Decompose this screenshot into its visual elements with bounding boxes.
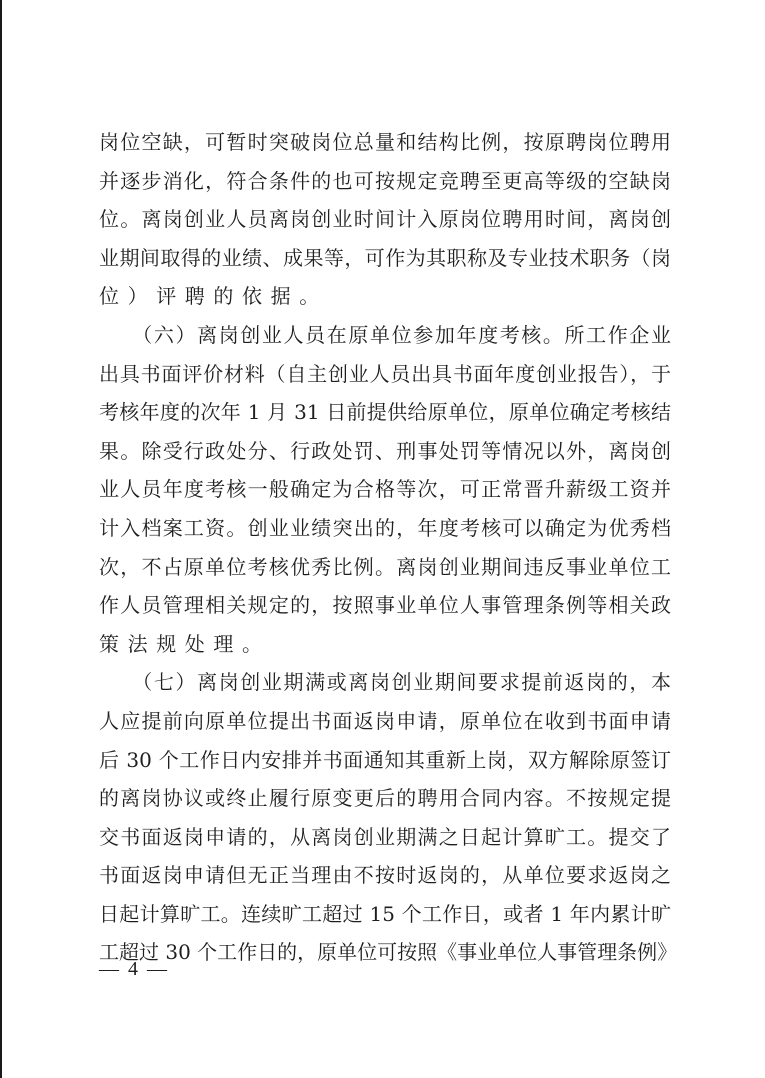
text-line: 策法规处理。 [99,625,671,664]
text-line: 果。除受行政处分、行政处罚、刑事处罚等情况以外，离岗创 [99,432,671,471]
page-number: — 4 — [99,955,169,983]
text-line: 后 30 个工作日内安排并书面通知其重新上岗，双方解除原签订 [99,741,671,780]
paragraph-seven-start: （七）离岗创业期满或离岗创业期间要求提前返岗的，本 [99,663,671,702]
text-line: 日起计算旷工。连续旷工超过 15 个工作日，或者 1 年内累计旷 [99,895,671,934]
text-line: 业期间取得的业绩、成果等，可作为其职称及专业技术职务（岗 [99,239,671,278]
paragraph-six-start: （六）离岗创业人员在原单位参加年度考核。所工作企业 [99,316,671,355]
text-line: 位。离岗创业人员离岗创业时间计入原岗位聘用时间，离岗创 [99,200,671,239]
text-line: 交书面返岗申请的，从离岗创业期满之日起计算旷工。提交了 [99,818,671,857]
text-line: 人应提前向原单位提出书面返岗申请，原单位在收到书面申请 [99,702,671,741]
text-line: 书面返岗申请但无正当理由不按时返岗的，从单位要求返岗之 [99,856,671,895]
text-line: 作人员管理相关规定的，按照事业单位人事管理条例等相关政 [99,586,671,625]
text-line: 考核年度的次年 1 月 31 日前提供给原单位，原单位确定考核结 [99,393,671,432]
body-text: 岗位空缺，可暂时突破岗位总量和结构比例，按原聘岗位聘用 并逐步消化，符合条件的也… [99,123,671,972]
text-line: 计入档案工资。创业业绩突出的，年度考核可以确定为优秀档 [99,509,671,548]
text-line: 位）评聘的依据。 [99,277,671,316]
text-line: 业人员年度考核一般确定为合格等次，可正常晋升薪级工资并 [99,470,671,509]
text-line: 岗位空缺，可暂时突破岗位总量和结构比例，按原聘岗位聘用 [99,123,671,162]
text-line: 并逐步消化，符合条件的也可按规定竞聘至更高等级的空缺岗 [99,162,671,201]
text-line: 工超过 30 个工作日的，原单位可按照《事业单位人事管理条例》 [99,933,671,972]
text-line: 次，不占原单位考核优秀比例。离岗创业期间违反事业单位工 [99,548,671,587]
document-page: 岗位空缺，可暂时突破岗位总量和结构比例，按原聘岗位聘用 并逐步消化，符合条件的也… [0,0,765,1078]
text-line: 出具书面评价材料（自主创业人员出具书面年度创业报告），于 [99,355,671,394]
text-line: 的离岗协议或终止履行原变更后的聘用合同内容。不按规定提 [99,779,671,818]
